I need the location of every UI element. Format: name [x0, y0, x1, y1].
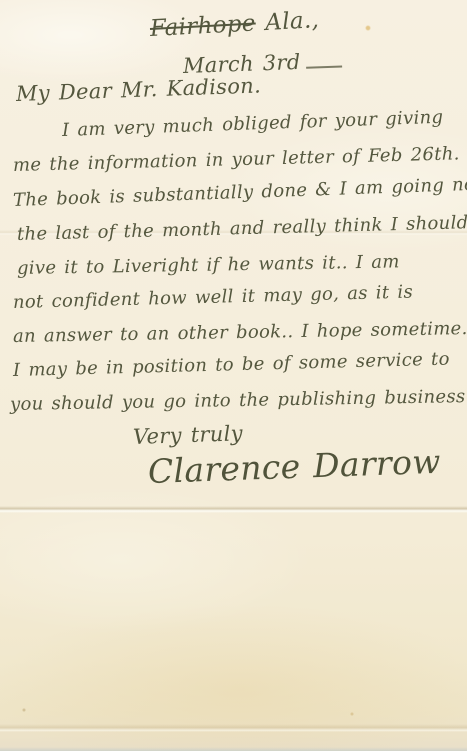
letter-place-state: Ala., [255, 7, 320, 36]
letter-body-line: The book is substantially done & I am go… [13, 173, 467, 211]
fold-crease-upper [0, 506, 467, 513]
letter-body-line: I may be in position to be of some servi… [13, 349, 450, 381]
letter-closing: Very truly [133, 421, 244, 449]
letter-body-line: I am very much obliged for your giving [62, 107, 444, 141]
letter-place: Fairhope Ala., [149, 7, 319, 42]
letter-page: Fairhope Ala., March 3rd My Dear Mr. Kad… [0, 0, 467, 751]
letter-place-struck: Fairhope [149, 10, 256, 42]
letter-date: March 3rd [183, 48, 342, 78]
letter-body-line: an answer to an other book.. I hope some… [13, 318, 467, 347]
letter-body-line: give it to Liveright if he wants it.. I … [17, 251, 400, 279]
date-underline-stroke [306, 65, 342, 68]
letter-body-line: me the information in your letter of Feb… [13, 143, 460, 176]
letter-body-line: you should you go into the publishing bu… [10, 386, 466, 415]
letter-signature: Clarence Darrow [147, 442, 441, 491]
fold-crease-lower [0, 724, 467, 732]
letter-body-line: not confident how well it may go, as it … [13, 282, 414, 313]
letter-salutation: My Dear Mr. Kadison. [16, 73, 262, 106]
letter-body-line: the last of the month and really think I… [17, 212, 467, 245]
